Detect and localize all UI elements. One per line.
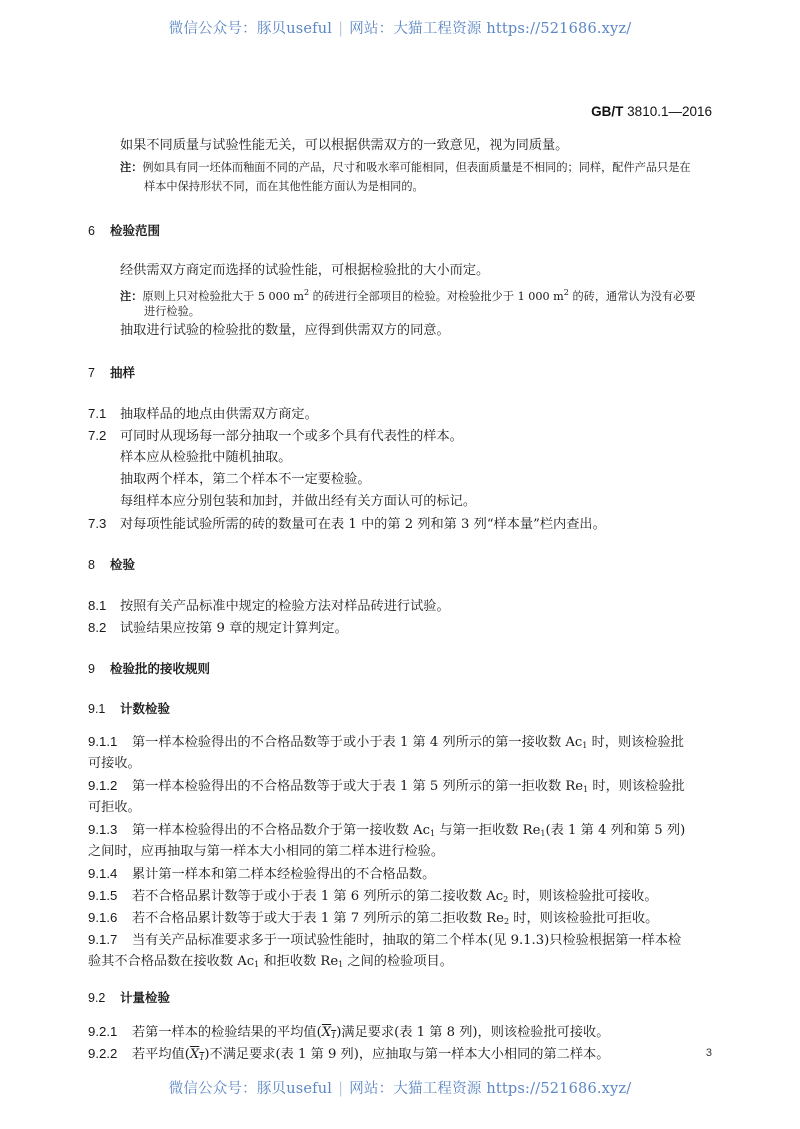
clause-9-2-1: 9.2.1若第一样本的检验结果的平均值(X1)满足要求(表 1 第 8 列)，则…	[88, 1023, 609, 1045]
watermark-separator: |	[338, 21, 343, 37]
clause-number: 8.2	[88, 619, 120, 637]
subsection-number: 9.2	[88, 989, 120, 1007]
clause-text: 时，则该检验批	[588, 779, 685, 794]
section-title: 抽样	[110, 365, 135, 380]
clause-number: 9.2.1	[88, 1023, 132, 1041]
variable: X	[322, 1025, 331, 1040]
note-continuation: 进行检验。	[144, 303, 200, 321]
clause-text: 和拒收数 Re	[259, 954, 338, 969]
clause-number: 7.3	[88, 515, 120, 533]
paragraph: 经供需双方商定而选择的试验性能，可根据检验批的大小而定。	[120, 262, 489, 280]
clause-9-1-7: 9.1.7当有关产品标准要求多于一项试验性能时，抽取的第二个样本(见 9.1.3…	[88, 931, 681, 950]
watermark-wechat: 微信公众号：豚贝useful	[169, 21, 333, 37]
clause-9-1-2: 9.1.2第一样本检验得出的不合格品数等于或大于表 1 第 5 列所示的第一拒收…	[88, 777, 685, 799]
section-heading-8: 8检验	[88, 556, 135, 574]
clause-text: 第一样本检验得出的不合格品数等于或小于表 1 第 4 列所示的第一接收数 Ac	[132, 735, 582, 750]
section-title: 检验批的接收规则	[110, 661, 210, 676]
clause-continuation: 可接收。	[88, 755, 141, 773]
subsection-number: 9.1	[88, 700, 120, 718]
section-number: 6	[88, 222, 110, 240]
note-label: 注：	[120, 161, 142, 174]
clause-text: 验其不合格品数在接收数 Ac	[88, 954, 254, 969]
clause-text: 之间的检验项目。	[343, 954, 453, 969]
clause-8-1: 8.1按照有关产品标准中规定的检验方法对样品砖进行试验。	[88, 597, 450, 616]
clause-number: 9.1.5	[88, 887, 132, 905]
clause-number: 8.1	[88, 597, 120, 615]
subsection-title: 计数检验	[120, 701, 170, 716]
clause-number: 9.1.4	[88, 865, 132, 883]
clause-9-2-2: 9.2.2若平均值(X1)不满足要求(表 1 第 9 列)，应抽取与第一样本大小…	[88, 1045, 609, 1067]
clause-text: 抽取样品的地点由供需双方商定。	[120, 407, 318, 422]
paragraph: 如果不同质量与试验性能无关，可以根据供需双方的一致意见，视为同质量。	[120, 137, 568, 155]
clause-continuation: 可拒收。	[88, 799, 141, 817]
clause-number: 7.2	[88, 427, 120, 445]
variable: X	[190, 1047, 199, 1062]
clause-7-3: 7.3对每项性能试验所需的砖的数量可在表 1 中的第 2 列和第 3 列“样本量…	[88, 515, 606, 534]
clause-text: 若平均值(	[132, 1047, 190, 1062]
subsection-heading-9-2: 9.2计量检验	[88, 989, 170, 1007]
clause-text: 时，则该检验批可接收。	[508, 889, 657, 904]
standard-code: GB/T 3810.1—2016	[591, 104, 712, 119]
section-number: 8	[88, 556, 110, 574]
watermark-top: 微信公众号：豚贝useful|网站：大猫工程资源 https://521686.…	[0, 17, 800, 38]
clause-text: 时，则该检验批可拒收。	[509, 911, 658, 926]
note-label: 注：	[120, 290, 142, 303]
paragraph: 样本应从检验批中随机抽取。	[120, 449, 291, 467]
note-text: 的砖，通常认为没有必要	[569, 290, 696, 303]
clause-number: 9.1.6	[88, 909, 132, 927]
subsection-title: 计量检验	[120, 990, 170, 1005]
clause-text: 按照有关产品标准中规定的检验方法对样品砖进行试验。	[120, 599, 450, 614]
clause-7-1: 7.1抽取样品的地点由供需双方商定。	[88, 405, 318, 424]
clause-text: 时，则该检验批	[587, 735, 684, 750]
note: 注：例如具有同一坯体而釉面不同的产品，尺寸和吸水率可能相同，但表面质量是不相同的…	[120, 159, 691, 177]
clause-number: 7.1	[88, 405, 120, 423]
clause-7-2: 7.2可同时从现场每一部分抽取一个或多个具有代表性的样本。	[88, 427, 463, 446]
paragraph: 抽取进行试验的检验批的数量，应得到供需双方的同意。	[120, 322, 450, 340]
clause-8-2: 8.2试验结果应按第 9 章的规定计算判定。	[88, 619, 348, 638]
clause-number: 9.1.7	[88, 931, 132, 949]
section-title: 检验范围	[110, 223, 160, 238]
clause-text: 试验结果应按第 9 章的规定计算判定。	[120, 621, 348, 636]
clause-text: )满足要求(表 1 第 8 列)，则该检验批可接收。	[336, 1025, 609, 1040]
standard-number: 3810.1—2016	[627, 104, 712, 119]
clause-text: 当有关产品标准要求多于一项试验性能时，抽取的第二个样本(见 9.1.3)只检验根…	[132, 933, 681, 948]
section-number: 9	[88, 660, 110, 678]
section-title: 检验	[110, 557, 135, 572]
clause-text: 累计第一样本和第二样本经检验得出的不合格品数。	[132, 867, 435, 882]
paragraph: 每组样本应分别包装和加封，并做出经有关方面认可的标记。	[120, 493, 476, 511]
subsection-heading-9-1: 9.1计数检验	[88, 700, 170, 718]
clause-text: 对每项性能试验所需的砖的数量可在表 1 中的第 2 列和第 3 列“样本量”栏内…	[120, 517, 606, 532]
note-text: 例如具有同一坯体而釉面不同的产品，尺寸和吸水率可能相同，但表面质量是不相同的；同…	[142, 161, 690, 174]
watermark-website: 网站：大猫工程资源 https://521686.xyz/	[349, 1081, 631, 1097]
note-text: 的砖进行全部项目的检验。对检验批少于 1 000 m	[309, 290, 564, 303]
clause-number: 9.1.3	[88, 821, 132, 839]
clause-9-1-5: 9.1.5若不合格品累计数等于或小于表 1 第 6 列所示的第二接收数 Ac2 …	[88, 887, 658, 909]
section-heading-7: 7抽样	[88, 364, 135, 382]
clause-text: 与第一拒收数 Re	[435, 823, 540, 838]
clause-number: 9.1.1	[88, 733, 132, 751]
clause-continuation: 验其不合格品数在接收数 Ac1 和拒收数 Re1 之间的检验项目。	[88, 953, 453, 974]
clause-text: (表 1 第 4 列和第 5 列)	[545, 823, 685, 838]
clause-9-1-6: 9.1.6若不合格品累计数等于或大于表 1 第 7 列所示的第二拒收数 Re2 …	[88, 909, 658, 931]
clause-9-1-4: 9.1.4累计第一样本和第二样本经检验得出的不合格品数。	[88, 865, 435, 884]
clause-text: 若不合格品累计数等于或小于表 1 第 6 列所示的第二接收数 Ac	[132, 889, 503, 904]
clause-text: 若不合格品累计数等于或大于表 1 第 7 列所示的第二拒收数 Re	[132, 911, 504, 926]
watermark-website: 网站：大猫工程资源 https://521686.xyz/	[349, 21, 631, 37]
mean-symbol: X1	[190, 1047, 204, 1062]
clause-9-1-3: 9.1.3第一样本检验得出的不合格品数介于第一接收数 Ac1 与第一拒收数 Re…	[88, 821, 685, 843]
note-continuation: 样本中保持形状不同，而在其他性能方面认为是相同的。	[144, 178, 424, 196]
watermark-wechat: 微信公众号：豚贝useful	[169, 1081, 333, 1097]
clause-text: 若第一样本的检验结果的平均值(	[132, 1025, 322, 1040]
section-number: 7	[88, 364, 110, 382]
mean-symbol: X1	[322, 1025, 336, 1040]
clause-number: 9.2.2	[88, 1045, 132, 1063]
clause-continuation: 之间时，应再抽取与第一样本大小相同的第二样本进行检验。	[88, 843, 444, 861]
clause-text: 第一样本检验得出的不合格品数等于或大于表 1 第 5 列所示的第一拒收数 Re	[132, 779, 583, 794]
clause-text: 可同时从现场每一部分抽取一个或多个具有代表性的样本。	[120, 429, 463, 444]
note: 注：原则上只对检验批大于 5 000 m2 的砖进行全部项目的检验。对检验批少于…	[120, 284, 696, 306]
clause-number: 9.1.2	[88, 777, 132, 795]
clause-text: )不满足要求(表 1 第 9 列)，应抽取与第一样本大小相同的第二样本。	[204, 1047, 609, 1062]
watermark-bottom: 微信公众号：豚贝useful|网站：大猫工程资源 https://521686.…	[0, 1077, 800, 1098]
clause-9-1-1: 9.1.1第一样本检验得出的不合格品数等于或小于表 1 第 4 列所示的第一接收…	[88, 733, 684, 755]
section-heading-9: 9检验批的接收规则	[88, 660, 210, 678]
clause-text: 第一样本检验得出的不合格品数介于第一接收数 Ac	[132, 823, 430, 838]
watermark-separator: |	[338, 1081, 343, 1097]
note-text: 原则上只对检验批大于 5 000 m	[142, 290, 304, 303]
paragraph: 抽取两个样本，第二个样本不一定要检验。	[120, 471, 371, 489]
section-heading-6: 6检验范围	[88, 222, 160, 240]
standard-prefix: GB/T	[591, 104, 623, 119]
page-number: 3	[706, 1047, 712, 1059]
